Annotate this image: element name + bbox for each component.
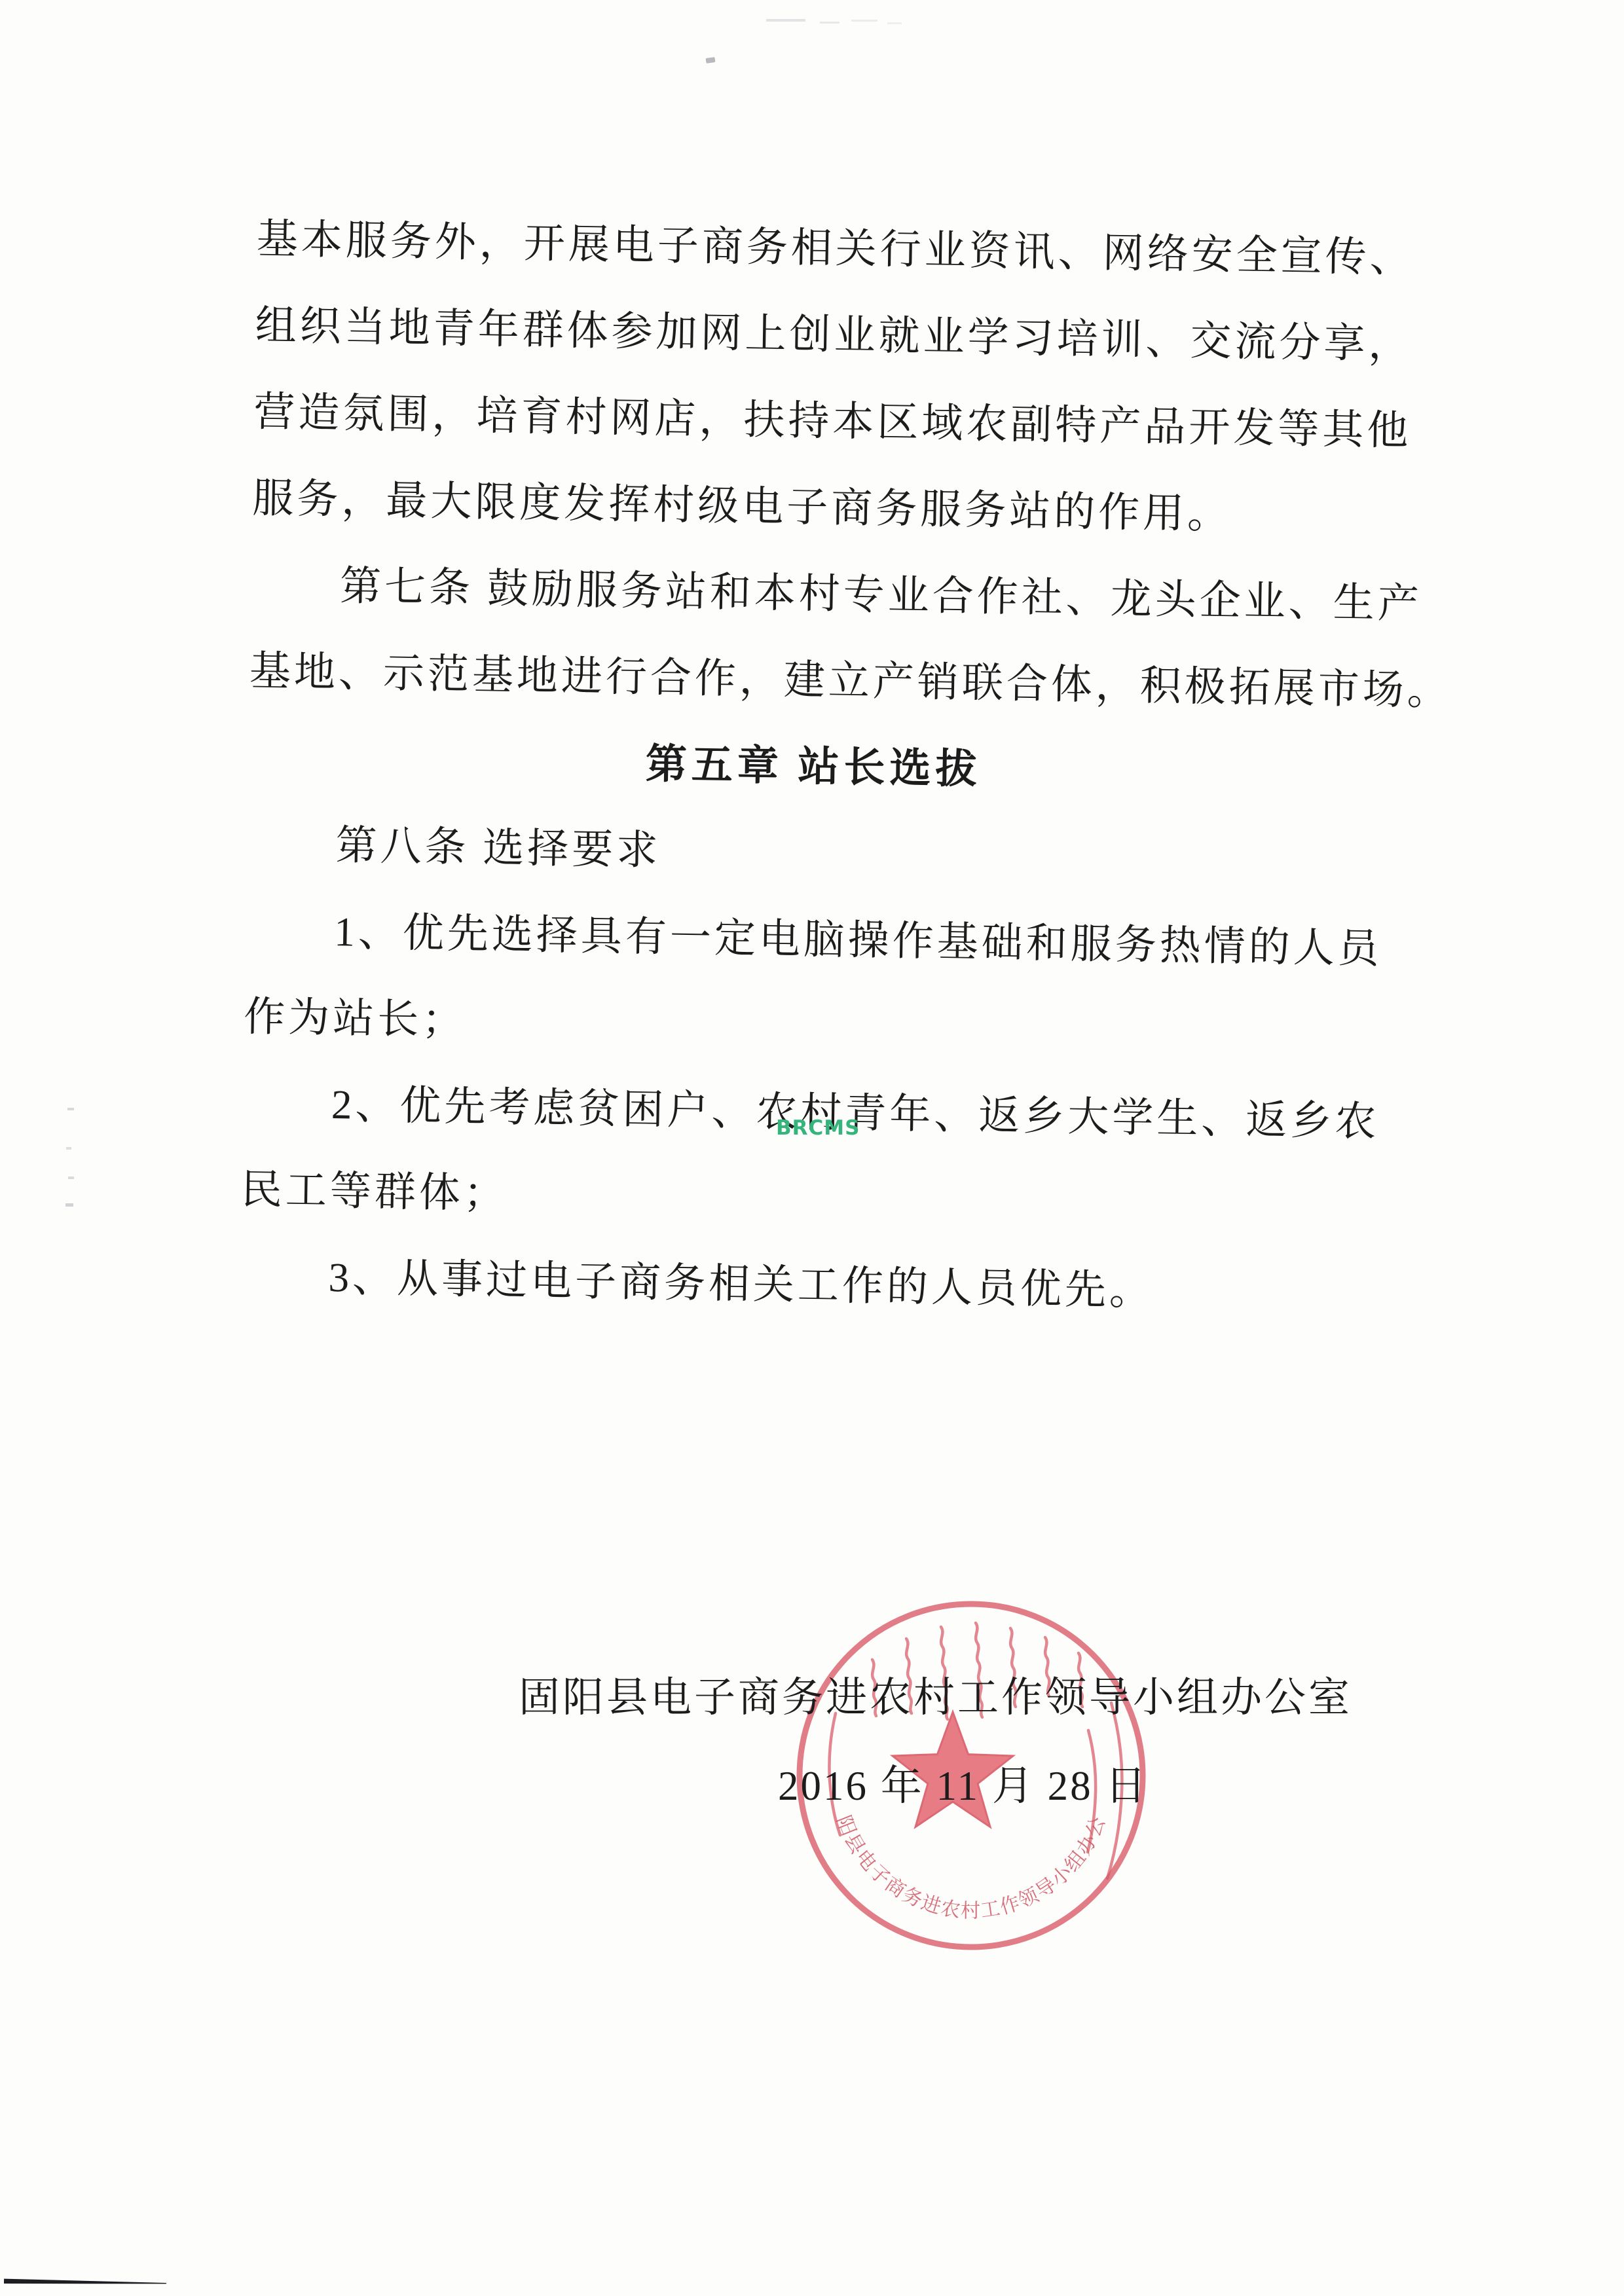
scan-artifact-streak xyxy=(887,22,902,24)
scan-artifact-streak xyxy=(851,20,877,22)
scan-artifact-speck xyxy=(68,1176,74,1179)
scan-artifact-speck xyxy=(66,1147,71,1150)
signature-office: 固阳县电子商务进农村工作领导小组办公室 xyxy=(519,1677,1352,1719)
document-body: 基本服务外，开展电子商务相关行业资讯、网络安全宣传、 组织当地青年群体参加网上创… xyxy=(239,196,1388,1338)
scan-artifact-streak xyxy=(820,22,840,24)
scan-artifact-speck xyxy=(706,57,716,64)
brcms-watermark: BRCMS xyxy=(776,1116,860,1140)
scan-artifact-speck xyxy=(65,1203,73,1207)
scan-artifact-edge-line xyxy=(4,2278,166,2286)
scan-artifact-speck xyxy=(67,1108,74,1110)
text-line-item-3: 3、从事过电子商务相关工作的人员优先。 xyxy=(239,1233,1371,1338)
document-page: 基本服务外，开展电子商务相关行业资讯、网络安全宣传、 组织当地青年群体参加网上创… xyxy=(0,0,1624,2296)
scan-artifact-streak xyxy=(766,19,805,22)
signature-date: 2016 年 11 月 28 日 xyxy=(778,1766,1148,1807)
